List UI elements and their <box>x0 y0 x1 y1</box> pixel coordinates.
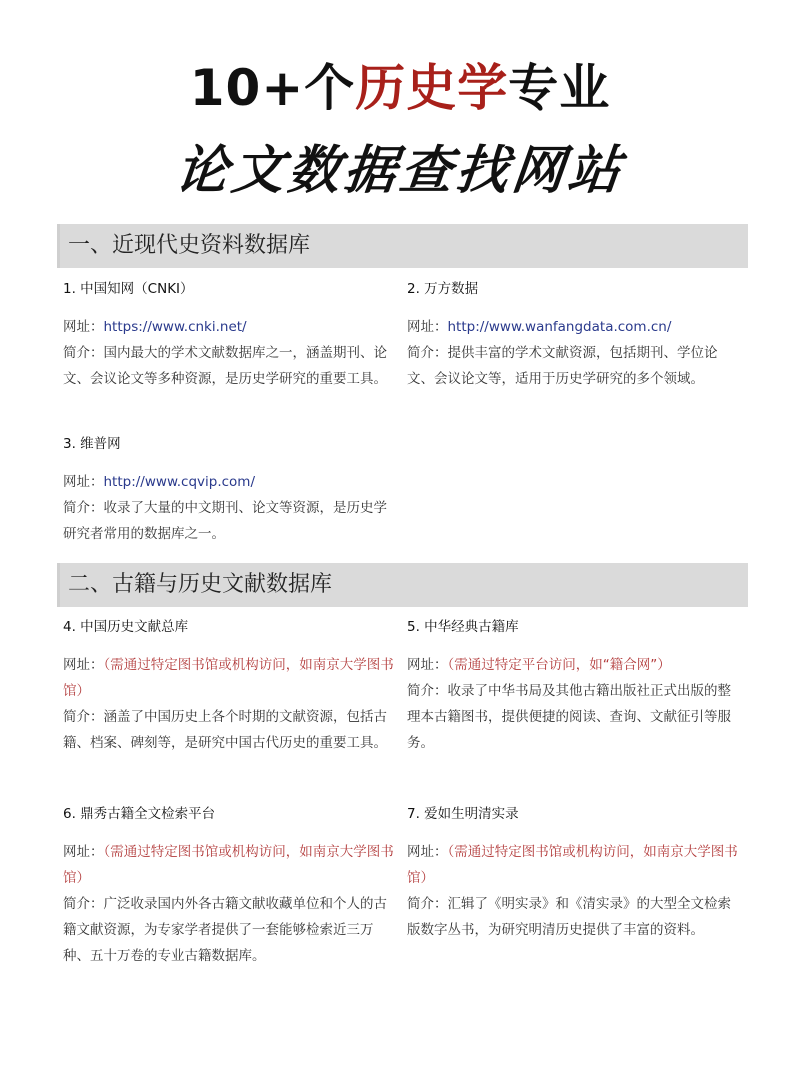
desc-label: 简介： <box>407 683 448 699</box>
desc-label: 简介： <box>63 500 104 516</box>
access-note: （需通过特定图书馆或机构访问，如南京大学图书馆） <box>63 657 394 699</box>
url-label: 网址： <box>407 319 448 335</box>
title-accent: 历史学 <box>355 59 508 117</box>
entry-name: 2. 万方数据 <box>407 278 742 300</box>
url-label: 网址： <box>63 319 104 335</box>
desc-label: 简介： <box>63 345 104 361</box>
desc-label: 简介： <box>407 896 448 912</box>
url-label: 网址： <box>407 844 448 860</box>
entry-name: 1. 中国知网（CNKI） <box>63 278 398 300</box>
section-heading-modern: 一、近现代史资料数据库 <box>57 224 748 268</box>
desc-text: 提供丰富的学术文献资源，包括期刊、学位论文、会议论文等，适用于历史学研究的多个领… <box>407 345 718 387</box>
page-title-line2: 论文数据查找网站 <box>0 140 800 202</box>
desc-text: 国内最大的学术文献数据库之一，涵盖期刊、论文、会议论文等多种资源，是历史学研究的… <box>63 345 387 387</box>
entry-wanfang: 2. 万方数据 网址：http://www.wanfangdata.com.cn… <box>407 278 742 392</box>
url-link[interactable]: http://www.wanfangdata.com.cn/ <box>448 319 672 335</box>
entry-name: 3. 维普网 <box>63 433 398 455</box>
page-title-line1: 10+个历史学专业 <box>0 58 800 118</box>
url-label: 网址： <box>63 474 104 490</box>
entry-name: 7. 爱如生明清实录 <box>407 803 742 825</box>
desc-text: 广泛收录国内外各古籍文献收藏单位和个人的古籍文献资源，为专家学者提供了一套能够检… <box>63 896 387 964</box>
entry-cqvip: 3. 维普网 网址：http://www.cqvip.com/ 简介：收录了大量… <box>63 433 398 547</box>
title-prefix: 10+个 <box>190 59 355 117</box>
desc-text: 收录了中华书局及其他古籍出版社正式出版的整理本古籍图书，提供便捷的阅读、查询、文… <box>407 683 731 751</box>
desc-text: 涵盖了中国历史上各个时期的文献资源，包括古籍、档案、碑刻等，是研究中国古代历史的… <box>63 709 387 751</box>
desc-label: 简介： <box>63 709 104 725</box>
url-label: 网址： <box>63 844 104 860</box>
entry-airusheng: 7. 爱如生明清实录 网址：（需通过特定图书馆或机构访问，如南京大学图书馆） 简… <box>407 803 742 943</box>
url-label: 网址： <box>63 657 104 673</box>
entry-cnki: 1. 中国知网（CNKI） 网址：https://www.cnki.net/ 简… <box>63 278 398 392</box>
entry-history-docs: 4. 中国历史文献总库 网址：（需通过特定图书馆或机构访问，如南京大学图书馆） … <box>63 616 398 756</box>
desc-text: 收录了大量的中文期刊、论文等资源，是历史学研究者常用的数据库之一。 <box>63 500 387 542</box>
url-label: 网址： <box>407 657 448 673</box>
entry-zhonghua-classics: 5. 中华经典古籍库 网址：（需通过特定平台访问，如“籍合网”） 简介：收录了中… <box>407 616 742 756</box>
entry-name: 4. 中国历史文献总库 <box>63 616 398 638</box>
title-suffix: 专业 <box>508 59 610 117</box>
access-note: （需通过特定图书馆或机构访问，如南京大学图书馆） <box>407 844 738 886</box>
entry-name: 6. 鼎秀古籍全文检索平台 <box>63 803 398 825</box>
url-link[interactable]: https://www.cnki.net/ <box>104 319 247 335</box>
desc-text: 汇辑了《明实录》和《清实录》的大型全文检索版数字丛书，为研究明清历史提供了丰富的… <box>407 896 731 938</box>
section-heading-ancient: 二、古籍与历史文献数据库 <box>57 563 748 607</box>
url-link[interactable]: http://www.cqvip.com/ <box>104 474 256 490</box>
access-note: （需通过特定图书馆或机构访问，如南京大学图书馆） <box>63 844 394 886</box>
entry-name: 5. 中华经典古籍库 <box>407 616 742 638</box>
desc-label: 简介： <box>63 896 104 912</box>
desc-label: 简介： <box>407 345 448 361</box>
access-note: （需通过特定平台访问，如“籍合网”） <box>448 657 671 673</box>
entry-dingxiu: 6. 鼎秀古籍全文检索平台 网址：（需通过特定图书馆或机构访问，如南京大学图书馆… <box>63 803 398 969</box>
